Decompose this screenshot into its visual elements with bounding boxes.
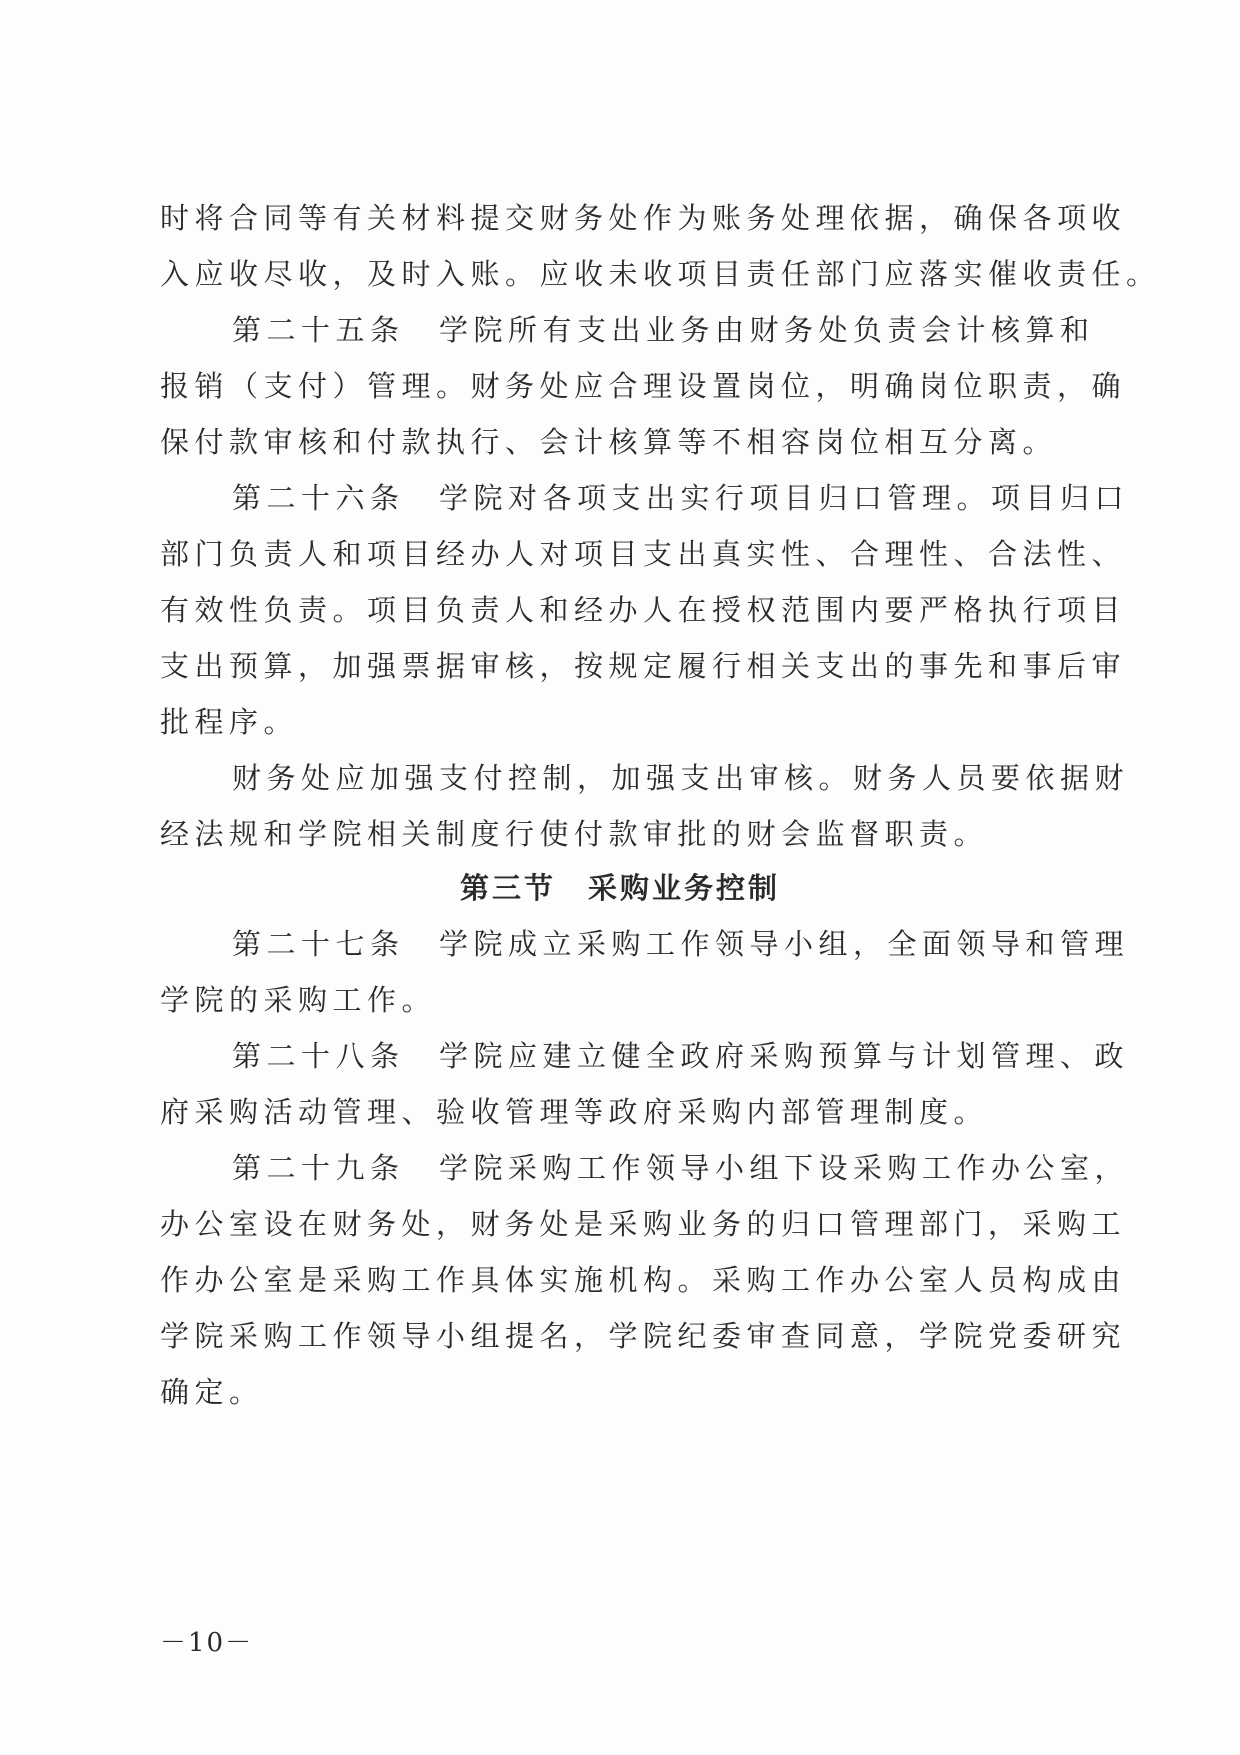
text-line: 学院采购工作领导小组提名，学院纪委审查同意，学院党委研究	[160, 1316, 1126, 1356]
text-line: 时将合同等有关材料提交财务处作为账务处理依据，确保各项收	[160, 198, 1126, 238]
text-line: 批程序。	[160, 702, 298, 742]
text-line: 作办公室是采购工作具体实施机构。采购工作办公室人员构成由	[160, 1260, 1126, 1300]
text-line: 办公室设在财务处，财务处是采购业务的归口管理部门，采购工	[160, 1204, 1126, 1244]
text-line: 经法规和学院相关制度行使付款审批的财会监督职责。	[160, 814, 988, 854]
text-line: 入应收尽收，及时入账。应收未收项目责任部门应落实催收责任。	[160, 254, 1161, 294]
text-line: 学院的采购工作。	[160, 980, 436, 1020]
article-26-start: 第二十六条 学院对各项支出实行项目归口管理。项目归口	[232, 478, 1129, 518]
page-number: －10－	[160, 1625, 253, 1661]
paragraph-start: 财务处应加强支付控制，加强支出审核。财务人员要依据财	[232, 758, 1129, 798]
document-page: 时将合同等有关材料提交财务处作为账务处理依据，确保各项收 入应收尽收，及时入账。…	[0, 0, 1240, 1755]
text-line: 报销（支付）管理。财务处应合理设置岗位，明确岗位职责，确	[160, 366, 1126, 406]
article-29-start: 第二十九条 学院采购工作领导小组下设采购工作办公室，	[232, 1148, 1129, 1188]
text-line: 保付款审核和付款执行、会计核算等不相容岗位相互分离。	[160, 422, 1057, 462]
text-line: 部门负责人和项目经办人对项目支出真实性、合理性、合法性、	[160, 534, 1126, 574]
text-line: 确定。	[160, 1372, 264, 1412]
text-line: 支出预算，加强票据审核，按规定履行相关支出的事先和事后审	[160, 646, 1126, 686]
article-28-start: 第二十八条 学院应建立健全政府采购预算与计划管理、政	[232, 1036, 1129, 1076]
section-heading: 第三节 采购业务控制	[0, 868, 1240, 908]
text-line: 府采购活动管理、验收管理等政府采购内部管理制度。	[160, 1092, 988, 1132]
article-27-start: 第二十七条 学院成立采购工作领导小组，全面领导和管理	[232, 924, 1129, 964]
text-line: 有效性负责。项目负责人和经办人在授权范围内要严格执行项目	[160, 590, 1126, 630]
article-25-start: 第二十五条 学院所有支出业务由财务处负责会计核算和	[232, 310, 1095, 350]
